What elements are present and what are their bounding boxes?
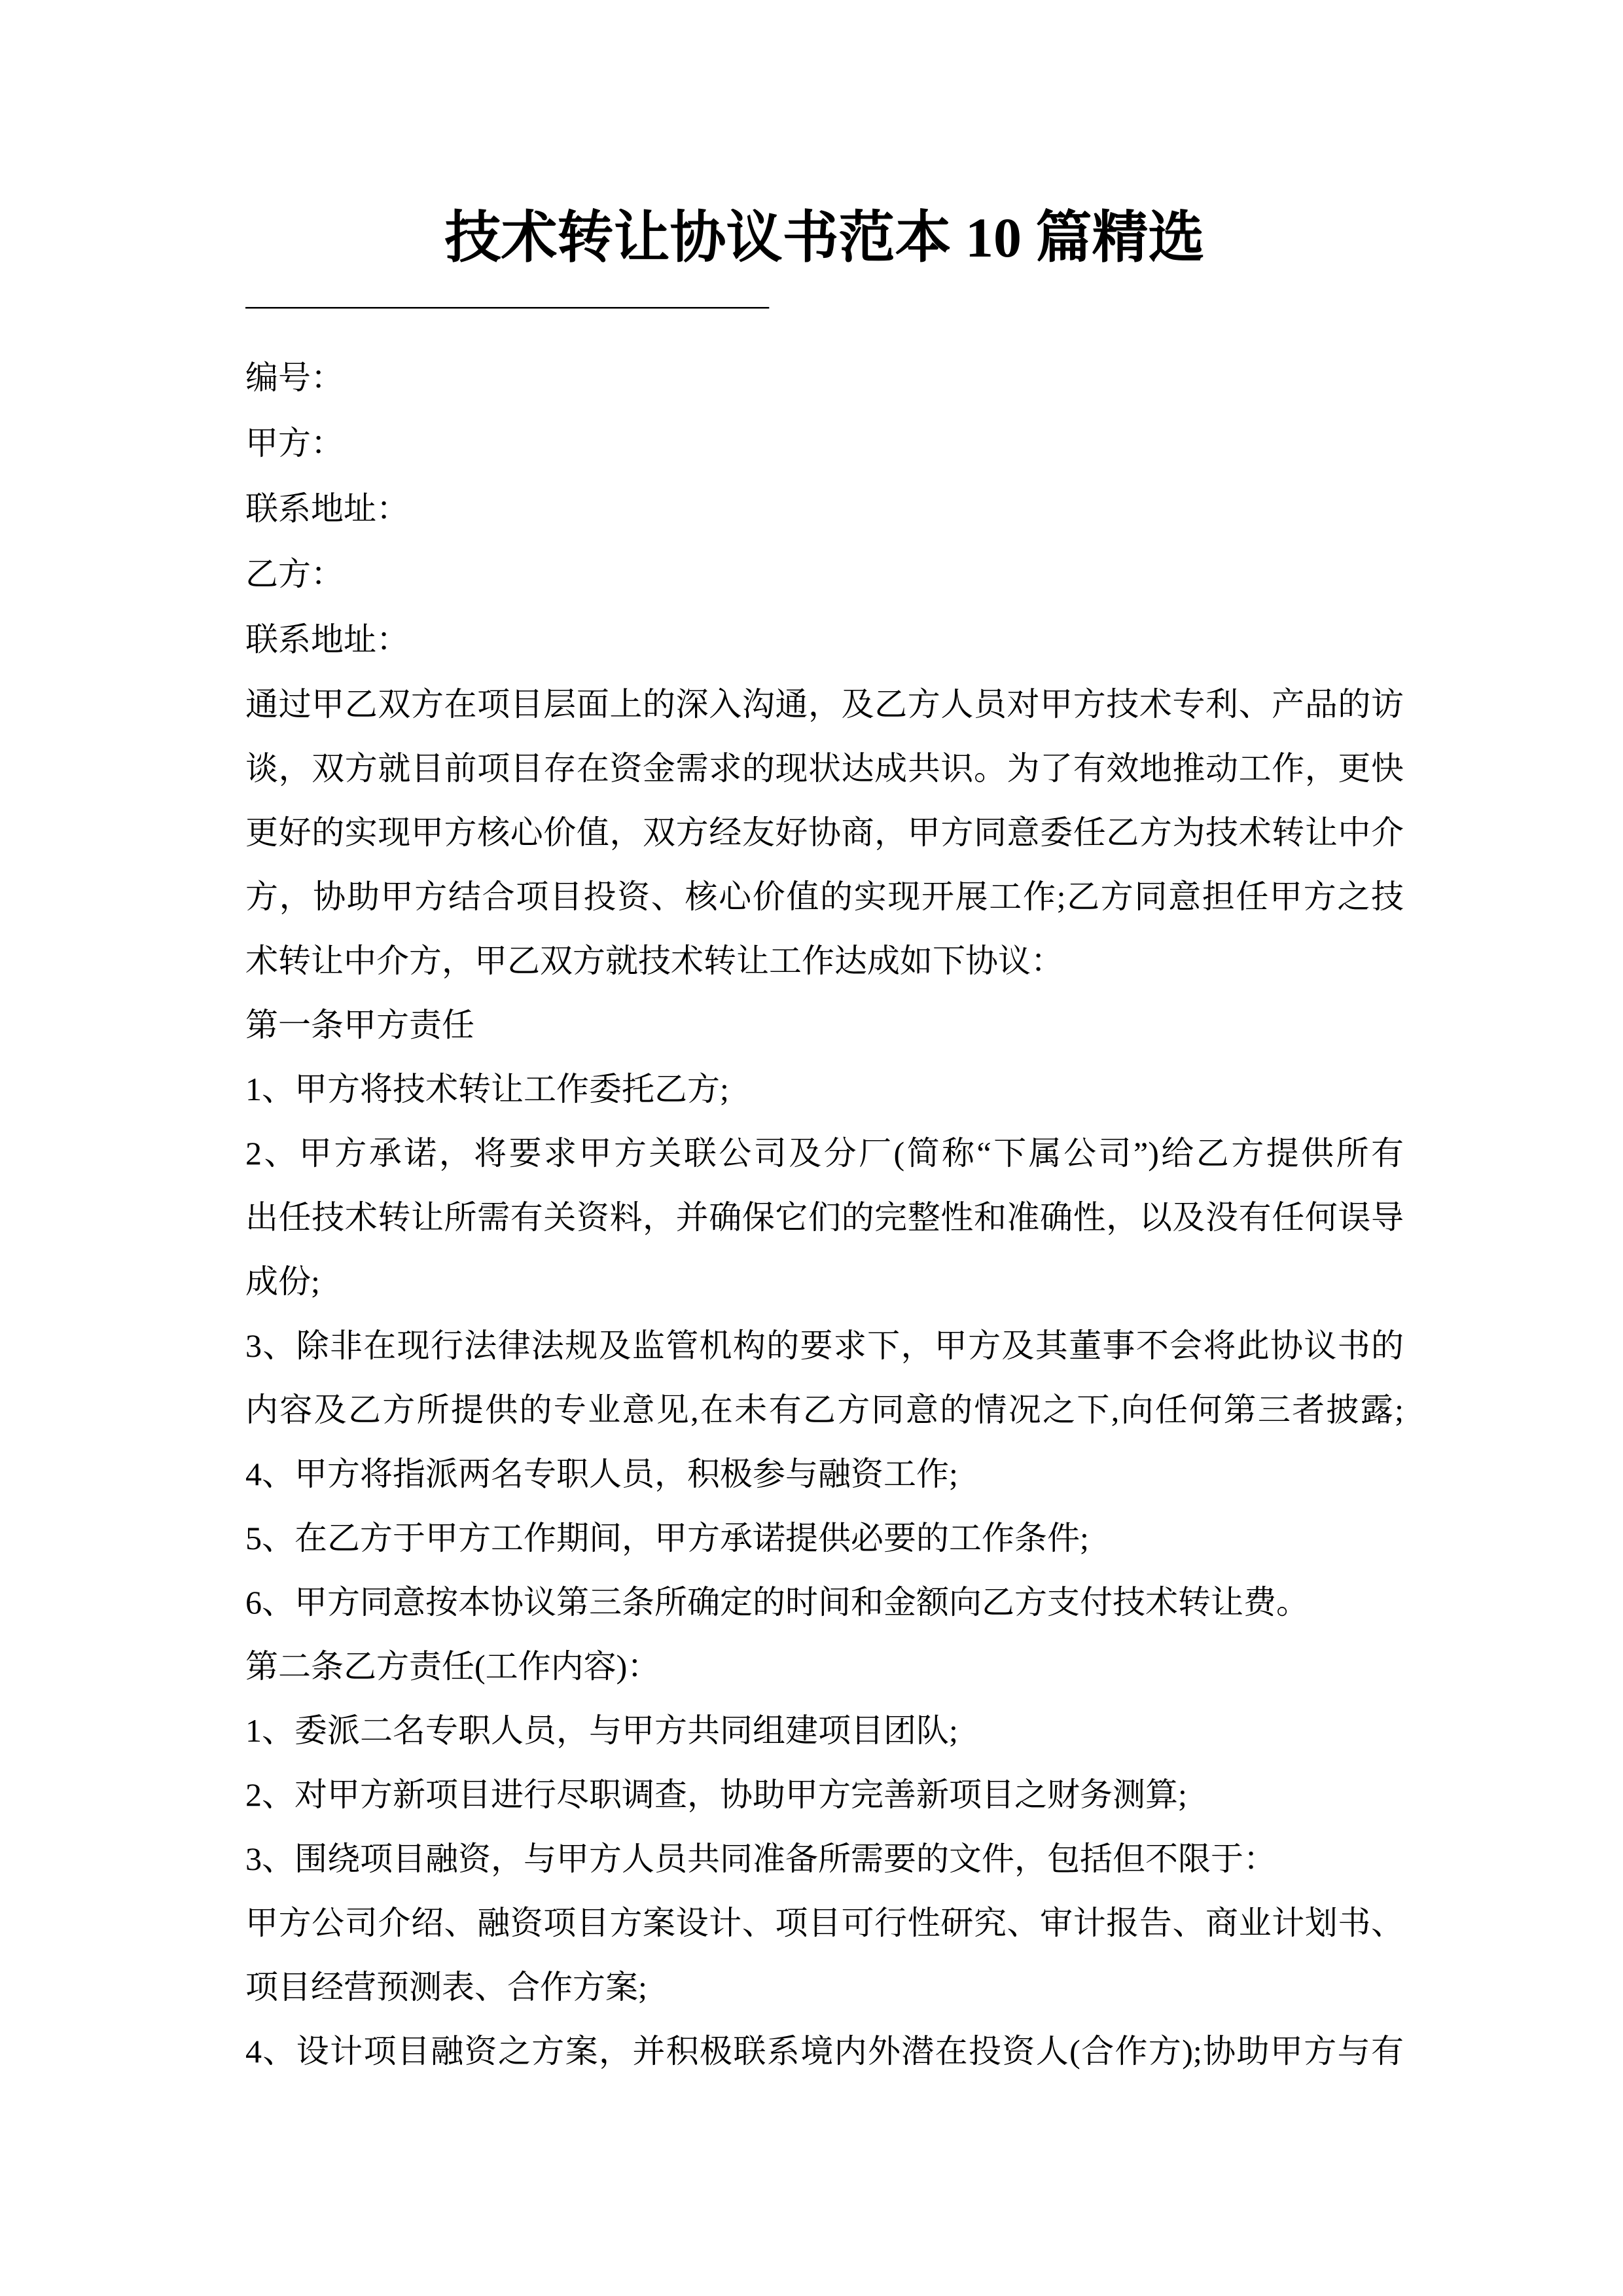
document-line: 成份; — [245, 1249, 1404, 1314]
document-section-heading: 第二条乙方责任(工作内容)： — [245, 1634, 1404, 1698]
document-line: 1、甲方将技术转让工作委托乙方; — [245, 1057, 1404, 1121]
document-line: 更好的实现甲方核心价值，双方经友好协商，甲方同意委任乙方为技术转让中介 — [245, 800, 1404, 865]
document-line: 内容及乙方所提供的专业意见,在未有乙方同意的情况之下,向任何第三者披露; — [245, 1378, 1404, 1442]
document-line: 4、设计项目融资之方案，并积极联系境内外潜在投资人(合作方);协助甲方与有 — [245, 2019, 1404, 2083]
document-line: 项目经营预测表、合作方案; — [245, 1955, 1404, 2019]
document-line: 甲方公司介绍、融资项目方案设计、项目可行性研究、审计报告、商业计划书、 — [245, 1891, 1404, 1955]
document-line: 出任技术转让所需有关资料，并确保它们的完整性和准确性，以及没有任何误导 — [245, 1185, 1404, 1249]
document-line: 谈，双方就目前项目存在资金需求的现状达成共识。为了有效地推动工作，更快 — [245, 736, 1404, 800]
divider-line: ———————————————— — [245, 272, 1404, 337]
document-line: 3、除非在现行法律法规及监管机构的要求下，甲方及其董事不会将此协议书的 — [245, 1314, 1404, 1378]
document-line: 5、在乙方于甲方工作期间，甲方承诺提供必要的工作条件; — [245, 1506, 1404, 1570]
document-line: 方，协助甲方结合项目投资、核心价值的实现开展工作;乙方同意担任甲方之技 — [245, 865, 1404, 929]
document-line: 通过甲乙双方在项目层面上的深入沟通，及乙方人员对甲方技术专利、产品的访 — [245, 672, 1404, 736]
document-line: 3、围绕项目融资，与甲方人员共同准备所需要的文件，包括但不限于： — [245, 1827, 1404, 1891]
document-page: 技术转让协议书范本 10 篇精选 ———————————————— 编号： 甲方… — [0, 0, 1623, 2296]
document-line: 6、甲方同意按本协议第三条所确定的时间和金额向乙方支付技术转让费。 — [245, 1570, 1404, 1634]
document-line: 1、委派二名专职人员，与甲方共同组建项目团队; — [245, 1698, 1404, 1763]
field-code: 编号： — [245, 345, 1404, 410]
document-line: 4、甲方将指派两名专职人员，积极参与融资工作; — [245, 1442, 1404, 1506]
document-title: 技术转让协议书范本 10 篇精选 — [245, 204, 1404, 272]
document-body: 通过甲乙双方在项目层面上的深入沟通，及乙方人员对甲方技术专利、产品的访 谈，双方… — [245, 672, 1404, 2083]
field-address-b: 联系地址： — [245, 607, 1404, 672]
document-section-heading: 第一条甲方责任 — [245, 993, 1404, 1057]
document-line: 术转让中介方，甲乙双方就技术转让工作达成如下协议： — [245, 929, 1404, 993]
header-fields: 编号： 甲方： 联系地址： 乙方： 联系地址： — [245, 345, 1404, 672]
document-line: 2、甲方承诺，将要求甲方关联公司及分厂(简称“下属公司”)给乙方提供所有 — [245, 1121, 1404, 1185]
document-line: 2、对甲方新项目进行尽职调查，协助甲方完善新项目之财务测算; — [245, 1763, 1404, 1827]
field-party-b: 乙方： — [245, 541, 1404, 607]
field-party-a: 甲方： — [245, 410, 1404, 476]
field-address-a: 联系地址： — [245, 476, 1404, 541]
